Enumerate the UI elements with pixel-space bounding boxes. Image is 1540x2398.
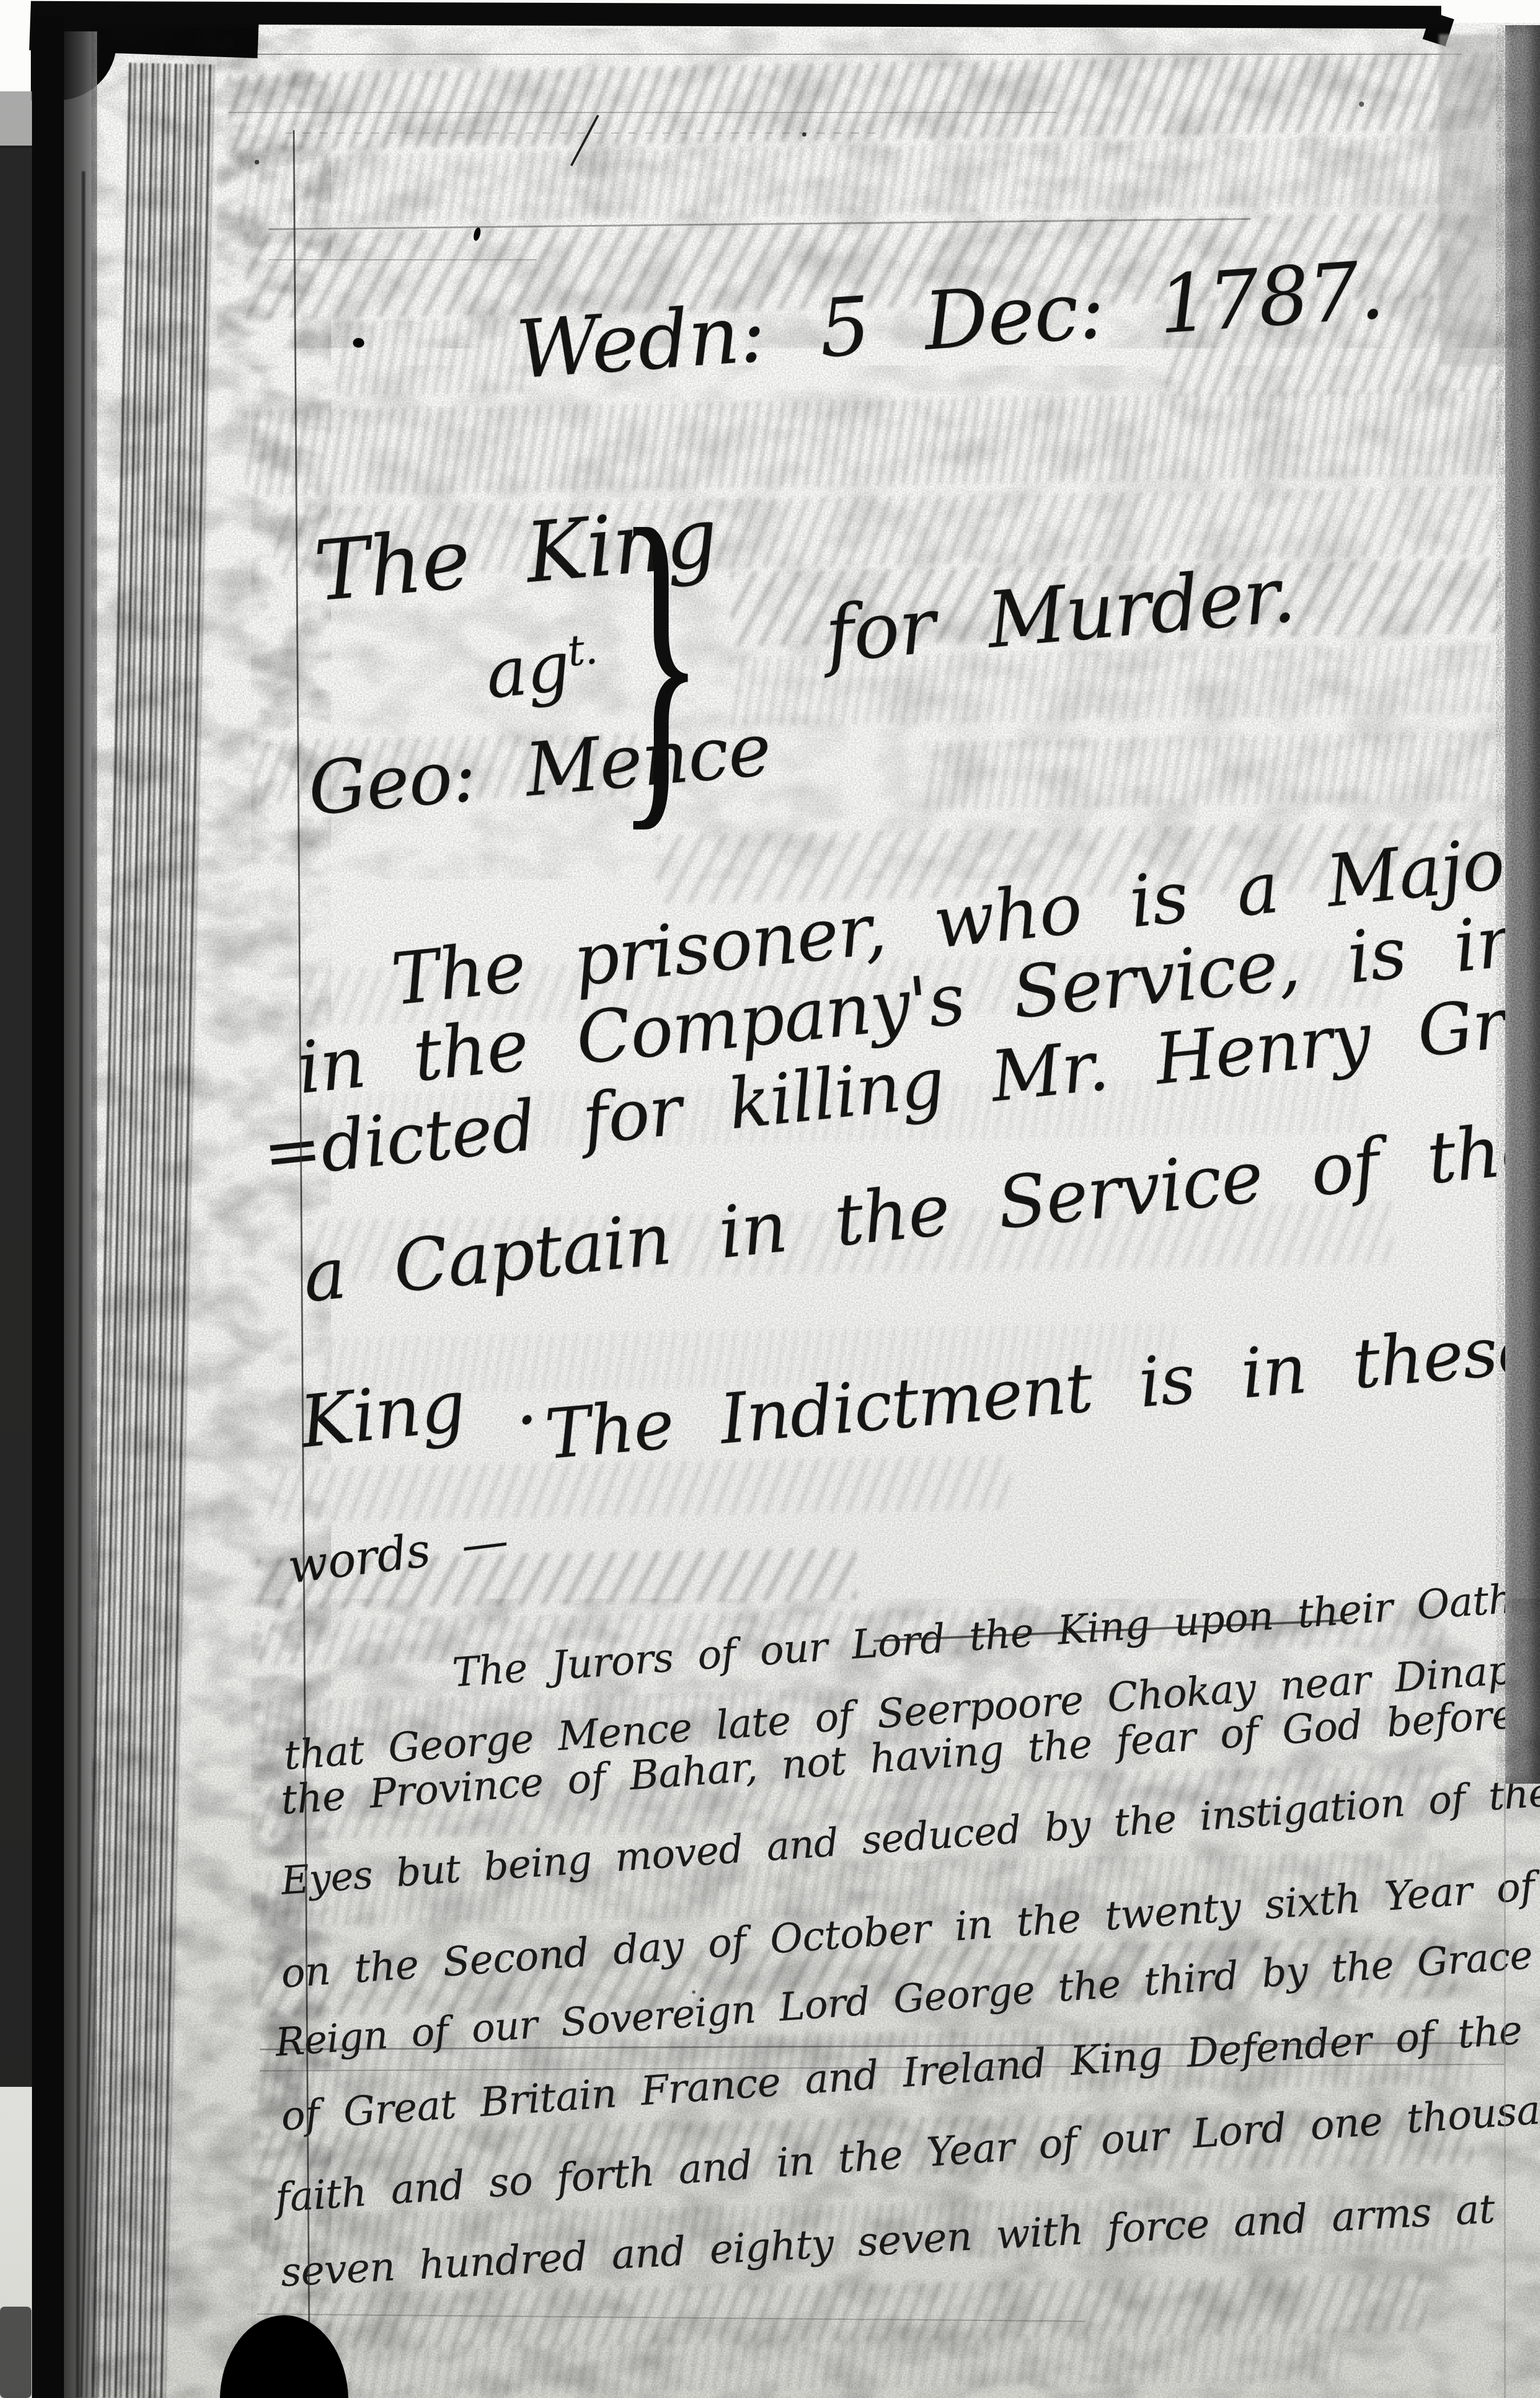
ghost-writing-band xyxy=(924,731,1497,810)
scratch-line xyxy=(240,54,1462,55)
manuscript-scan-page: Wedn: 5 Dec: 1787. The King agt. Geo: Me… xyxy=(0,0,1540,2398)
right-edge-faint-line xyxy=(1504,1784,1506,2398)
scratch-line xyxy=(286,132,885,134)
binding-edge-strip xyxy=(32,16,64,2398)
versus-base: ag xyxy=(482,627,573,714)
right-edge-light-patch xyxy=(1439,34,1505,365)
outer-edge-gray-wedge xyxy=(0,91,33,148)
right-edge-band xyxy=(1505,25,1540,1784)
ink-speck xyxy=(692,1990,695,1994)
ghost-writing-band xyxy=(336,318,532,396)
gutter-shadow-streaks xyxy=(80,63,215,2398)
ink-speck xyxy=(1359,102,1364,107)
ghost-writing-band xyxy=(245,389,1502,496)
case-brace: } xyxy=(617,508,705,808)
outer-edge-dark-strip xyxy=(0,146,33,2087)
ghost-writing-band xyxy=(239,135,1491,225)
case-title-versus: agt. xyxy=(482,627,602,709)
scratch-line xyxy=(268,259,537,260)
ink-speck xyxy=(255,160,259,164)
ink-speck xyxy=(802,132,806,136)
ink-blot-heading xyxy=(353,338,364,348)
scratch-line xyxy=(228,112,1056,113)
versus-superscript: t. xyxy=(565,623,599,676)
ghost-writing-band xyxy=(228,52,1502,151)
outer-edge-bottom-marks xyxy=(0,2307,31,2398)
